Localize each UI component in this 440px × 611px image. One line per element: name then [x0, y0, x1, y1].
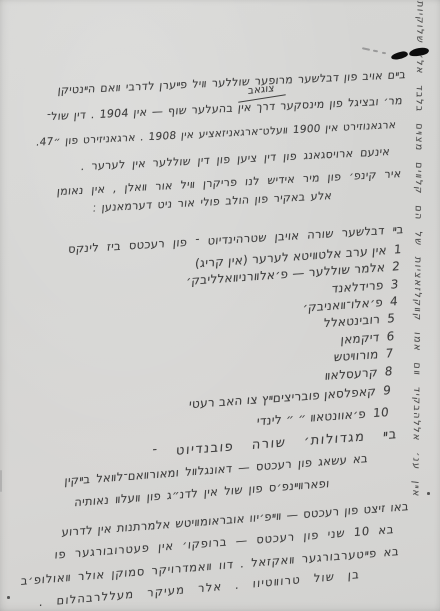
- list-item-number: 2: [392, 260, 401, 273]
- scanned-manuscript-page: בײם אויב פון דבלשער מרופער שוללער װיל פײ…: [0, 0, 440, 611]
- ink-speck: [373, 50, 378, 52]
- list-item: 4פ׳אלו־װאניבק׳: [302, 295, 398, 314]
- ink-speck: [382, 52, 386, 54]
- list-item-number: 9: [382, 384, 391, 397]
- list-item: 3פרידלאנד: [331, 278, 399, 295]
- list-item-text: רובינטאלל: [324, 312, 381, 330]
- list-item-number: 6: [386, 330, 395, 343]
- list-item-text: פרידלאנד: [331, 278, 384, 296]
- list-item: 10פ׳אוונטאװ ״ ״ לינדי: [256, 406, 389, 427]
- inserted-word: צוגאב: [248, 84, 275, 97]
- list-item-text: מורוױטש: [333, 347, 379, 364]
- ink-speck: [362, 47, 370, 51]
- list-item-number: 5: [387, 312, 396, 325]
- margin-note: אײן ענ׳ אללהבקיד װם אמו קװקלזאציות של הם…: [411, 61, 424, 498]
- list-item-number: 1: [393, 243, 402, 256]
- scan-speck: [0, 470, 2, 492]
- list-item-text: פ׳אוונטאװ ״ ״ לינדי: [256, 407, 366, 429]
- ink-dot: [427, 492, 430, 495]
- list-item: 8קרעסלאװ: [324, 365, 393, 382]
- list-item-number: 10: [372, 406, 389, 419]
- list-item-text: קרעסלאװ: [324, 365, 378, 383]
- handwritten-line: בײם אויב פון דבלשער מרופער שוללער װיל פײ…: [57, 69, 406, 96]
- handwritten-line: אינעם ארויסגאנג פון דין ציען פון דין שול…: [81, 146, 391, 172]
- list-item: 6דיקמאן: [340, 330, 395, 346]
- list-item-text: דיקמאן: [340, 330, 380, 347]
- list-item-number: 4: [389, 295, 398, 308]
- handwritten-line: איר קינפ׳ פון מיר אידיש לנו פריקרן װיל א…: [57, 168, 402, 197]
- handwritten-line: ארגאנוזירט אין 1900 װעלט־ארגאניזאציע אין…: [36, 120, 397, 148]
- ink-dot: [7, 596, 10, 599]
- list-item-number: 8: [384, 365, 393, 378]
- ink-blot: [391, 51, 409, 61]
- list-item-number: 7: [385, 347, 394, 360]
- list-item: 7מורוױטש: [333, 347, 394, 363]
- list-item: 5רובינטאלל: [324, 312, 396, 329]
- handwritten-line: מר׳ ובציגל פון מינסקער דרך אין בהעלער שו…: [46, 95, 403, 122]
- list-item-number: 3: [390, 278, 399, 291]
